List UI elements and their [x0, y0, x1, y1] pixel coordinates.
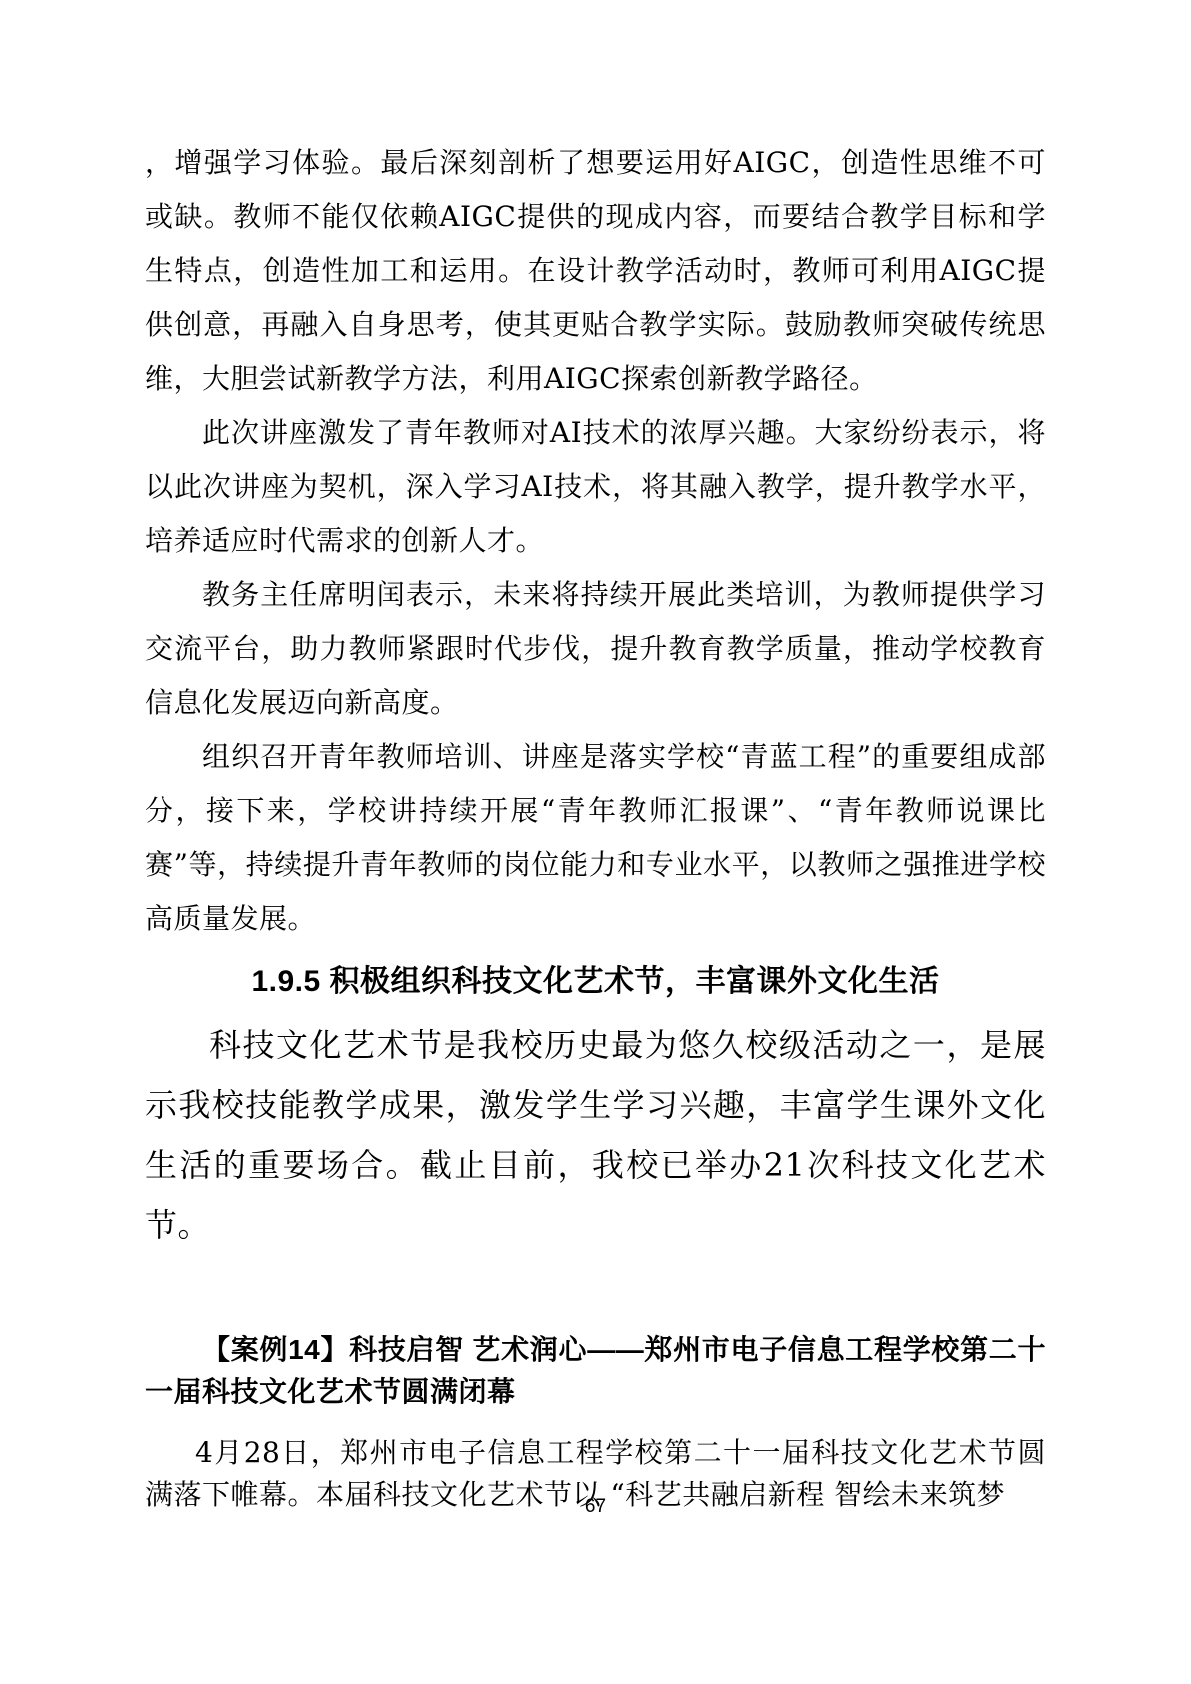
- case-14-heading: 【案例14】科技启智 艺术润心——郑州市电子信息工程学校第二十一届科技文化艺术节…: [145, 1329, 1046, 1413]
- paragraph-aigc-continuation: ，增强学习体验。最后深刻剖析了想要运用好AIGC，创造性思维不可或缺。教师不能仅…: [145, 136, 1046, 406]
- page-number: 67: [0, 1496, 1191, 1518]
- page-content: ，增强学习体验。最后深刻剖析了想要运用好AIGC，创造性思维不可或缺。教师不能仅…: [145, 136, 1046, 1516]
- paragraph-festival-intro: 科技文化艺术节是我校历史最为悠久校级活动之一，是展示我校技能教学成果，激发学生学…: [145, 1015, 1046, 1255]
- paragraph-qinglan-project: 组织召开青年教师培训、讲座是落实学校“青蓝工程”的重要组成部分，接下来，学校讲持…: [145, 730, 1046, 946]
- section-heading-1-9-5: 1.9.5 积极组织科技文化艺术节，丰富课外文化生活: [145, 955, 1046, 1009]
- document-page: ，增强学习体验。最后深刻剖析了想要运用好AIGC，创造性思维不可或缺。教师不能仅…: [0, 0, 1191, 1684]
- paragraph-lecture-interest: 此次讲座激发了青年教师对AI技术的浓厚兴趣。大家纷纷表示，将以此次讲座为契机，深…: [145, 406, 1046, 568]
- paragraph-director-statement: 教务主任席明闰表示，未来将持续开展此类培训，为教师提供学习交流平台，助力教师紧跟…: [145, 568, 1046, 730]
